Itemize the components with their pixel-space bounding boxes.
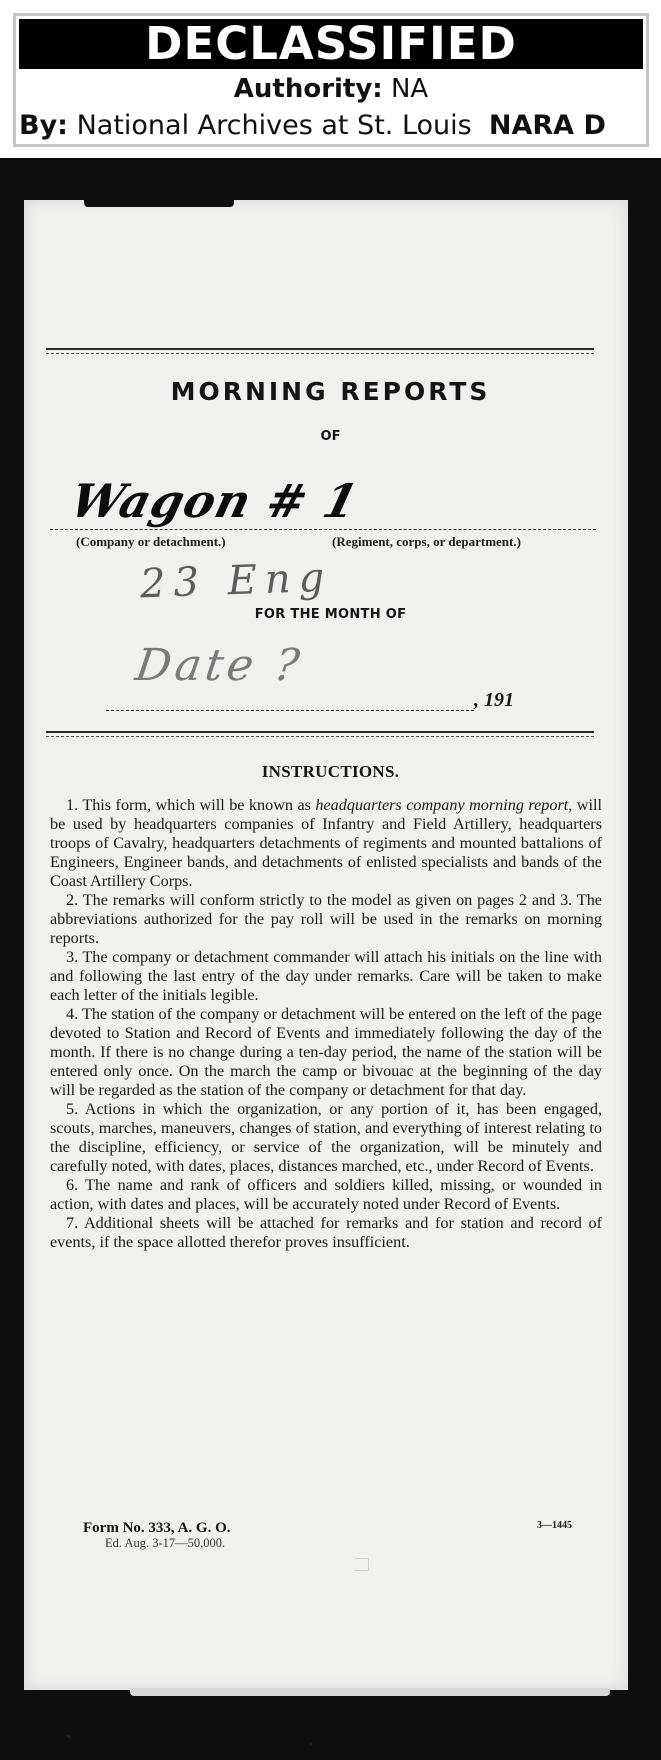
by-value: National Archives at St. Louis: [77, 110, 472, 141]
by-suffix: NARA D: [489, 110, 606, 141]
scan-speck: [310, 1743, 312, 1745]
by-label: By:: [19, 110, 68, 141]
faint-bracket-mark: [355, 1558, 369, 1571]
by-line: By: National Archives at St. Louis NARA …: [19, 108, 646, 144]
declassified-stamp: DECLASSIFIED Authority: NA By: National …: [13, 13, 649, 147]
instruction-item: 7. Additional sheets will be attached fo…: [50, 1214, 602, 1252]
month-line: [106, 710, 474, 711]
instruction-item: 4. The station of the company or detachm…: [50, 1005, 602, 1100]
print-code: 3—1445: [537, 1520, 572, 1531]
top-rule: [46, 348, 594, 354]
declassified-banner: DECLASSIFIED: [19, 19, 643, 69]
instruction-item: 1. This form, which will be known as hea…: [50, 796, 602, 891]
form-number: Form No. 333, A. G. O.: [83, 1520, 231, 1537]
instructions-heading: INSTRUCTIONS.: [0, 762, 661, 782]
handwritten-company: Wagon # 1: [65, 474, 364, 528]
instruction-item: 3. The company or detachment commander w…: [50, 948, 602, 1005]
middle-rule: [46, 731, 594, 737]
paper-tab-notch: [84, 197, 234, 207]
handwritten-regiment: 23 Eng: [139, 555, 333, 608]
handwritten-date: Date ?: [132, 640, 306, 691]
authority-line: Authority: NA: [16, 72, 646, 106]
regiment-caption: (Regiment, corps, or department.): [332, 534, 521, 550]
authority-value: NA: [391, 74, 428, 104]
authority-label: Authority:: [234, 74, 383, 104]
form-title: MORNING REPORTS: [0, 377, 661, 406]
instruction-item: 2. The remarks will conform strictly to …: [50, 891, 602, 948]
month-label: FOR THE MONTH OF: [0, 607, 661, 622]
year-prefix: , 191: [474, 689, 514, 712]
scan-speck: [67, 1735, 70, 1738]
of-label: OF: [0, 429, 661, 444]
company-line: [50, 529, 596, 530]
instructions-list: 1. This form, which will be known as hea…: [50, 796, 602, 1252]
instruction-item: 6. The name and rank of officers and sol…: [50, 1176, 602, 1214]
instruction-item: 5. Actions in which the organization, or…: [50, 1100, 602, 1176]
company-caption: (Company or detachment.): [76, 534, 226, 550]
paper-underlying-sheet: [130, 1688, 610, 1696]
form-edition: Ed. Aug. 3-17—50,000.: [105, 1536, 225, 1551]
